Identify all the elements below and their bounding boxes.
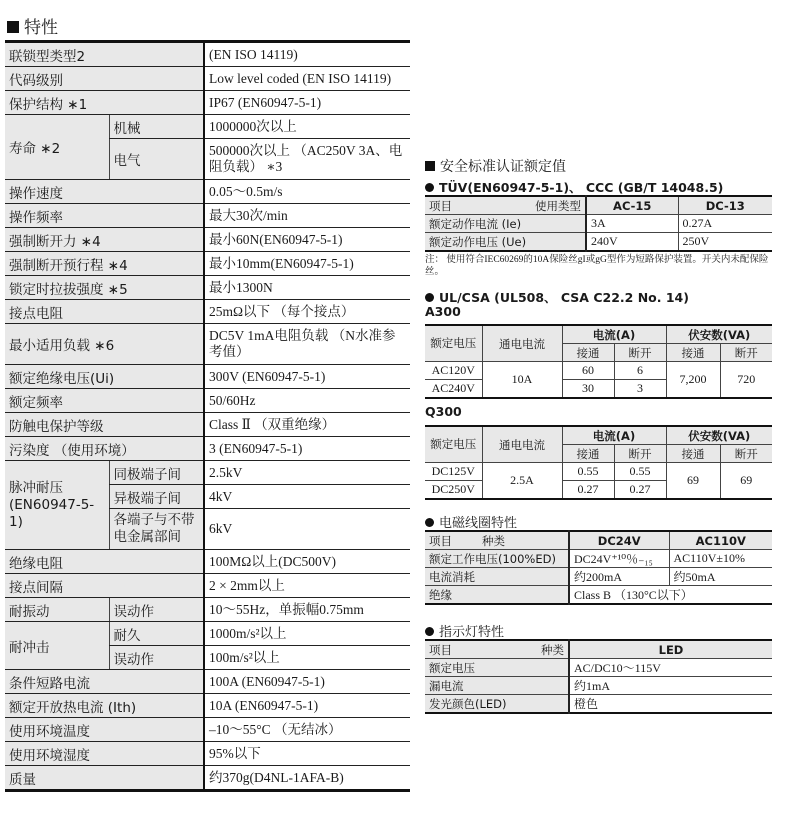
section-title-safety-ratings: 安全标准认证额定值 bbox=[425, 156, 566, 176]
table-row: 电流消耗 约200mA 约50mA bbox=[425, 568, 772, 586]
table-row: 锁定时拉拔强度 ∗5最小1300N bbox=[5, 276, 410, 300]
bullet-dot-icon bbox=[425, 627, 434, 636]
a300-title: A300 bbox=[425, 304, 461, 319]
table-row: 强制断开力 ∗4最小60N(EN60947-5-1) bbox=[5, 228, 410, 252]
table-row: 污染度 （使用环境）3 (EN60947-5-1) bbox=[5, 437, 410, 461]
table-row: 绝缘电阻100MΩ以上(DC500V) bbox=[5, 550, 410, 574]
tuv-heading: TÜV(EN60947-5-1)、 CCC (GB/T 14048.5) bbox=[425, 178, 723, 196]
corner-cell: 项目种类 bbox=[425, 640, 569, 659]
table-row: 使用环境湿度95%以下 bbox=[5, 742, 410, 766]
table-row: 额定动作电流 (Ie) 3A 0.27A bbox=[425, 215, 772, 233]
table-row: 操作频率最大30次/min bbox=[5, 204, 410, 228]
a300-table: 额定电压 通电电流 电流(A) 伏安数(VA) 接通 断开 接通 断开 AC12… bbox=[425, 324, 772, 399]
table-row: 接点间隔2 × 2mm以上 bbox=[5, 574, 410, 598]
table-row: 额定动作电压 (Ue) 240V 250V bbox=[425, 233, 772, 252]
table-row: 耐振动误动作10～55Hz，单振幅0.75mm bbox=[5, 598, 410, 622]
table-row: 使用环境温度–10～55°C （无结冰） bbox=[5, 718, 410, 742]
table-row: 防触电保护等级Class Ⅱ （双重绝缘） bbox=[5, 413, 410, 437]
fuse-note: 注： 使用符合IEC60269的10A保险丝gI或gG型作为短路保护装置。开关内… bbox=[425, 254, 770, 278]
table-row: 发光颜色(LED) 橙色 bbox=[425, 695, 772, 714]
table-row: 接点电阻25mΩ以下 （每个接点） bbox=[5, 300, 410, 324]
table-row: 最小适用负载 ∗6DC5V 1mA电阻负载 （N水准参考值） bbox=[5, 324, 410, 365]
characteristics-table: 联锁型类型2(EN ISO 14119) 代码级别Low level coded… bbox=[5, 40, 410, 792]
q300-title: Q300 bbox=[425, 404, 462, 419]
coil-table: 项目种类 DC24V AC110V 额定工作电压(100%ED) DC24V⁺¹… bbox=[425, 530, 772, 605]
table-row: 额定工作电压(100%ED) DC24V⁺¹⁰％₋₁₅ AC110V±10% bbox=[425, 550, 772, 568]
q300-table: 额定电压 通电电流 电流(A) 伏安数(VA) 接通 断开 接通 断开 DC12… bbox=[425, 425, 772, 500]
table-header-row: 项目使用类型 AC-15 DC-13 bbox=[425, 196, 772, 215]
coil-heading: 电磁线圈特性 bbox=[425, 512, 517, 531]
table-row: 漏电流 约1mA bbox=[425, 677, 772, 695]
square-bullet-icon bbox=[7, 21, 19, 33]
square-bullet-icon bbox=[425, 161, 435, 171]
table-row: 绝缘 Class B （130°C以下） bbox=[425, 586, 772, 605]
table-row: AC120V 10A 60 6 7,200 720 bbox=[425, 362, 772, 380]
bullet-dot-icon bbox=[425, 518, 434, 527]
table-row: 强制断开预行程 ∗4最小10mm(EN60947-5-1) bbox=[5, 252, 410, 276]
corner-cell: 项目使用类型 bbox=[425, 196, 586, 215]
table-row: DC125V 2.5A 0.55 0.55 69 69 bbox=[425, 463, 772, 481]
table-row: 保护结构 ∗1IP67 (EN60947-5-1) bbox=[5, 91, 410, 115]
table-row: 额定频率50/60Hz bbox=[5, 389, 410, 413]
table-row: 额定开放热电流 (Ith)10A (EN60947-5-1) bbox=[5, 694, 410, 718]
bullet-dot-icon bbox=[425, 183, 434, 192]
table-row: 寿命 ∗2机械1000000次以上 bbox=[5, 115, 410, 139]
table-row: 代码级别Low level coded (EN ISO 14119) bbox=[5, 67, 410, 91]
table-row: 操作速度0.05～0.5m/s bbox=[5, 180, 410, 204]
indicator-heading: 指示灯特性 bbox=[425, 621, 504, 640]
bullet-dot-icon bbox=[425, 293, 434, 302]
table-row: 条件短路电流100A (EN60947-5-1) bbox=[5, 670, 410, 694]
table-row: 耐冲击耐久1000m/s²以上 bbox=[5, 622, 410, 646]
table-row: 额定电压 AC/DC10～115V bbox=[425, 659, 772, 677]
table-row: 脉冲耐压 (EN60947-5-1)同极端子间2.5kV bbox=[5, 461, 410, 485]
tuv-ratings-table: 项目使用类型 AC-15 DC-13 额定动作电流 (Ie) 3A 0.27A … bbox=[425, 195, 772, 252]
indicator-table: 项目种类 LED 额定电压 AC/DC10～115V 漏电流 约1mA 发光颜色… bbox=[425, 639, 772, 714]
table-row: 质量约370g(D4NL-1AFA-B) bbox=[5, 766, 410, 791]
ul-csa-heading: UL/CSA (UL508、 CSA C22.2 No. 14) bbox=[425, 288, 689, 306]
section-title-characteristics: 特性 bbox=[7, 13, 58, 38]
corner-cell: 项目种类 bbox=[425, 531, 569, 550]
table-row: 额定绝缘电压(Ui)300V (EN60947-5-1) bbox=[5, 365, 410, 389]
table-row: 联锁型类型2(EN ISO 14119) bbox=[5, 42, 410, 67]
